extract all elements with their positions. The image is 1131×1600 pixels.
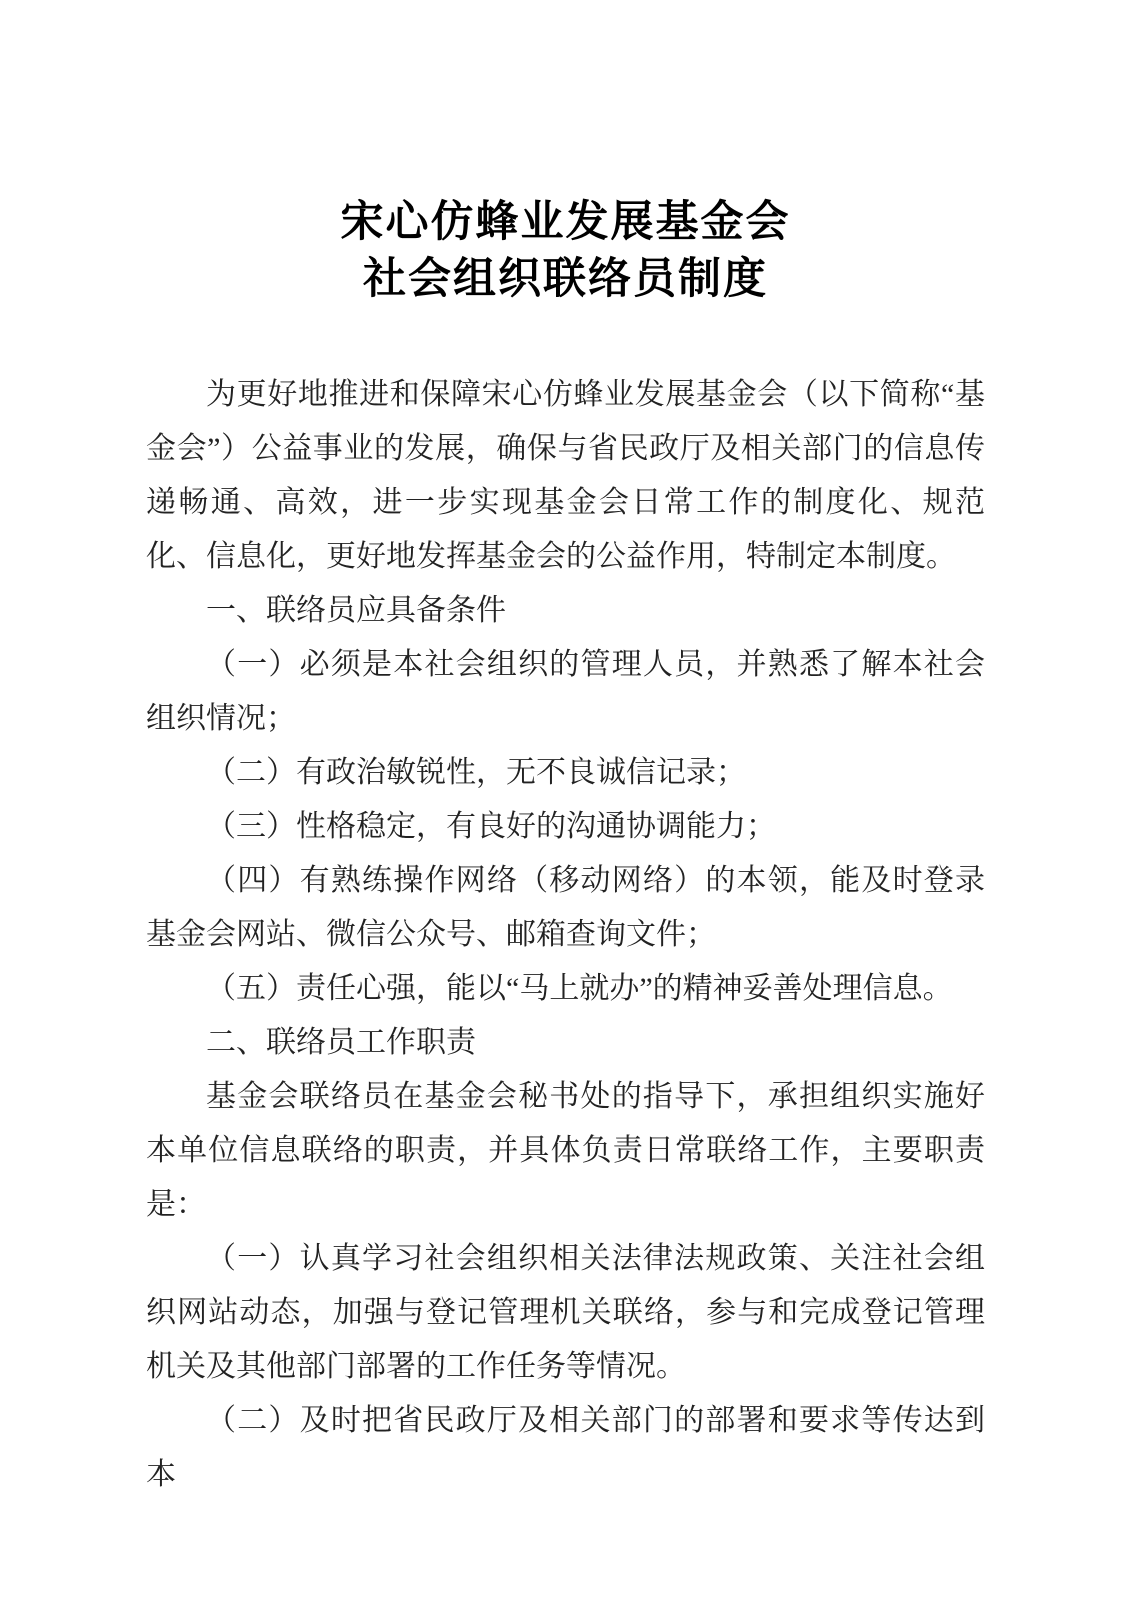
paragraph-section-2: 二、联络员工作职责 — [146, 1016, 985, 1070]
paragraph-item-1-3: （三）性格稳定，有良好的沟通协调能力； — [146, 800, 985, 854]
title-line-2: 社会组织联络员制度 — [0, 251, 1131, 308]
document-title: 宋心仿蜂业发展基金会 社会组织联络员制度 — [0, 0, 1131, 308]
paragraph-intro: 为更好地推进和保障宋心仿蜂业发展基金会（以下简称“基金会”）公益事业的发展，确保… — [146, 368, 985, 584]
paragraph-item-1-2: （二）有政治敏锐性，无不良诚信记录； — [146, 746, 985, 800]
paragraph-item-1-1: （一）必须是本社会组织的管理人员，并熟悉了解本社会组织情况； — [146, 638, 985, 746]
title-line-1: 宋心仿蜂业发展基金会 — [0, 194, 1131, 251]
paragraph-section-1: 一、联络员应具备条件 — [146, 584, 985, 638]
document-body: 为更好地推进和保障宋心仿蜂业发展基金会（以下简称“基金会”）公益事业的发展，确保… — [146, 368, 985, 1502]
paragraph-item-2-2: （二）及时把省民政厅及相关部门的部署和要求等传达到本 — [146, 1394, 985, 1502]
document-page: 宋心仿蜂业发展基金会 社会组织联络员制度 为更好地推进和保障宋心仿蜂业发展基金会… — [0, 0, 1131, 1600]
paragraph-item-2-1: （一）认真学习社会组织相关法律法规政策、关注社会组织网站动态，加强与登记管理机关… — [146, 1232, 985, 1394]
paragraph-section-2-intro: 基金会联络员在基金会秘书处的指导下，承担组织实施好本单位信息联络的职责，并具体负… — [146, 1070, 985, 1232]
paragraph-item-1-5: （五）责任心强，能以“马上就办”的精神妥善处理信息。 — [146, 962, 985, 1016]
paragraph-item-1-4: （四）有熟练操作网络（移动网络）的本领，能及时登录基金会网站、微信公众号、邮箱查… — [146, 854, 985, 962]
